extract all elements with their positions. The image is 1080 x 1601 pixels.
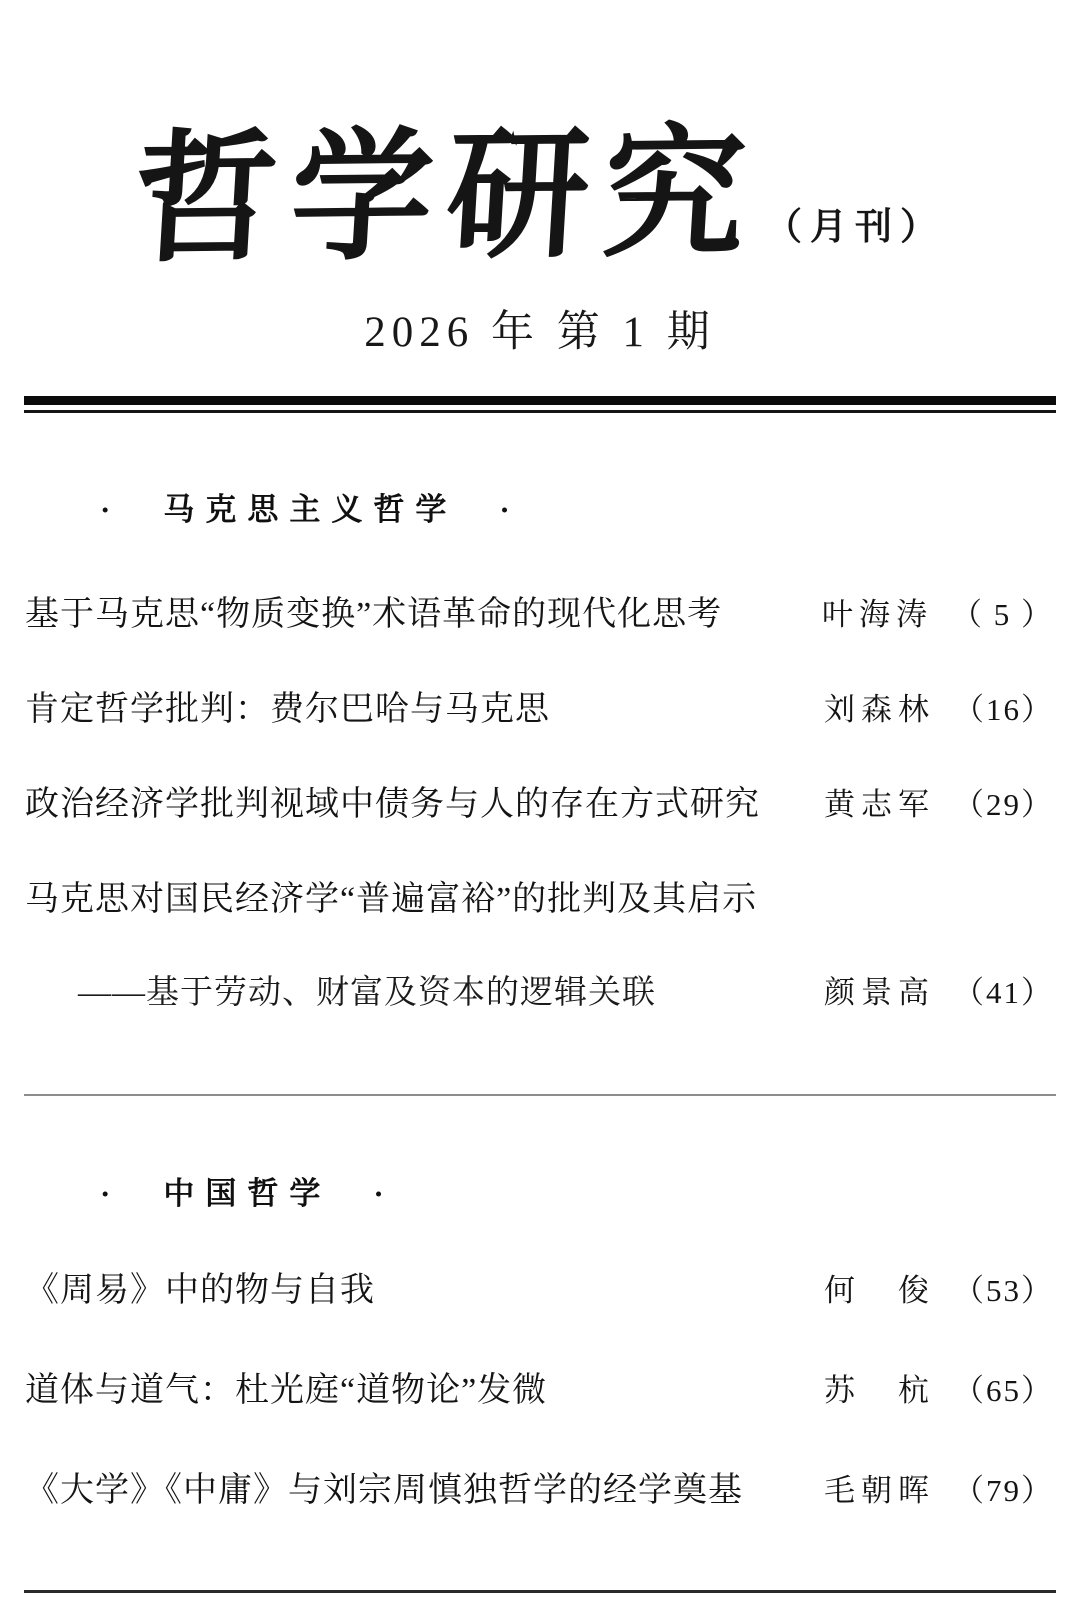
toc-entry: 道体与道气：杜光庭“道物论”发微 苏 杭 （65） [25, 1362, 1054, 1411]
bottom-rule [24, 1590, 1056, 1593]
article-author: 毛朝晖 [824, 1465, 935, 1510]
author-page-group: 叶海涛 （ 5 ） [822, 589, 1054, 634]
top-rule-thick [24, 396, 1056, 405]
toc-entry: 肯定哲学批判：费尔巴哈与马克思 刘森林 （16） [25, 681, 1054, 730]
article-page-number: （29） [953, 779, 1054, 824]
journal-frequency-label: （月刊） [765, 196, 945, 250]
article-author: 何 俊 [824, 1265, 935, 1310]
article-title: 基于马克思“物质变换”术语革命的现代化思考 [25, 586, 722, 635]
article-author: 刘森林 [824, 684, 935, 729]
article-page-number: （41） [953, 967, 1054, 1012]
article-author: 颜景高 [824, 967, 935, 1012]
article-title: 《周易》中的物与自我 [25, 1262, 375, 1311]
article-title: 道体与道气：杜光庭“道物论”发微 [25, 1362, 547, 1411]
top-rule-thin [24, 410, 1056, 413]
article-author: 黄志军 [824, 779, 935, 824]
article-title: 政治经济学批判视域中债务与人的存在方式研究 [25, 776, 760, 825]
article-page-number: （79） [953, 1465, 1054, 1510]
masthead: 哲学研究 （月刊） [0, 98, 1080, 268]
article-subtitle: ——基于劳动、财富及资本的逻辑关联 [78, 966, 656, 1013]
section-divider-rule [24, 1094, 1056, 1096]
article-author: 苏 杭 [824, 1365, 935, 1410]
author-page-group: 何 俊 （53） [824, 1265, 1054, 1310]
article-title: 肯定哲学批判：费尔巴哈与马克思 [25, 681, 550, 730]
toc-entry: 《周易》中的物与自我 何 俊 （53） [25, 1262, 1054, 1311]
article-title: 马克思对国民经济学“普遍富裕”的批判及其启示 [25, 871, 757, 920]
article-page-number: （65） [953, 1365, 1054, 1410]
toc-entry-subtitle-line: ——基于劳动、财富及资本的逻辑关联 颜景高 （41） [78, 966, 1054, 1013]
toc-entry: 基于马克思“物质变换”术语革命的现代化思考 叶海涛 （ 5 ） [25, 586, 1054, 635]
toc-entry: 政治经济学批判视域中债务与人的存在方式研究 黄志军 （29） [25, 776, 1054, 825]
author-page-group: 毛朝晖 （79） [824, 1465, 1054, 1510]
section-heading-marxist-philosophy: · 马克思主义哲学 · [100, 484, 521, 529]
toc-entry: 《大学》《中庸》与刘宗周慎独哲学的经学奠基 毛朝晖 （79） [25, 1462, 1054, 1511]
article-title: 《大学》《中庸》与刘宗周慎独哲学的经学奠基 [25, 1462, 743, 1511]
journal-contents-page: 哲学研究 （月刊） 2026 年 第 1 期 · 马克思主义哲学 · 基于马克思… [0, 0, 1080, 1601]
author-page-group: 黄志军 （29） [824, 779, 1054, 824]
article-author: 叶海涛 [822, 589, 933, 634]
author-page-group: 颜景高 （41） [824, 967, 1054, 1012]
author-page-group: 苏 杭 （65） [824, 1365, 1054, 1410]
section-heading-chinese-philosophy: · 中国哲学 · [100, 1168, 395, 1213]
issue-line: 2026 年 第 1 期 [0, 298, 1080, 359]
author-page-group: 刘森林 （16） [824, 684, 1054, 729]
journal-title-calligraphy: 哲学研究 [131, 123, 764, 272]
article-page-number: （53） [953, 1265, 1054, 1310]
article-page-number: （ 5 ） [951, 589, 1054, 634]
article-page-number: （16） [953, 684, 1054, 729]
toc-entry-title-line: 马克思对国民经济学“普遍富裕”的批判及其启示 [25, 871, 1054, 920]
